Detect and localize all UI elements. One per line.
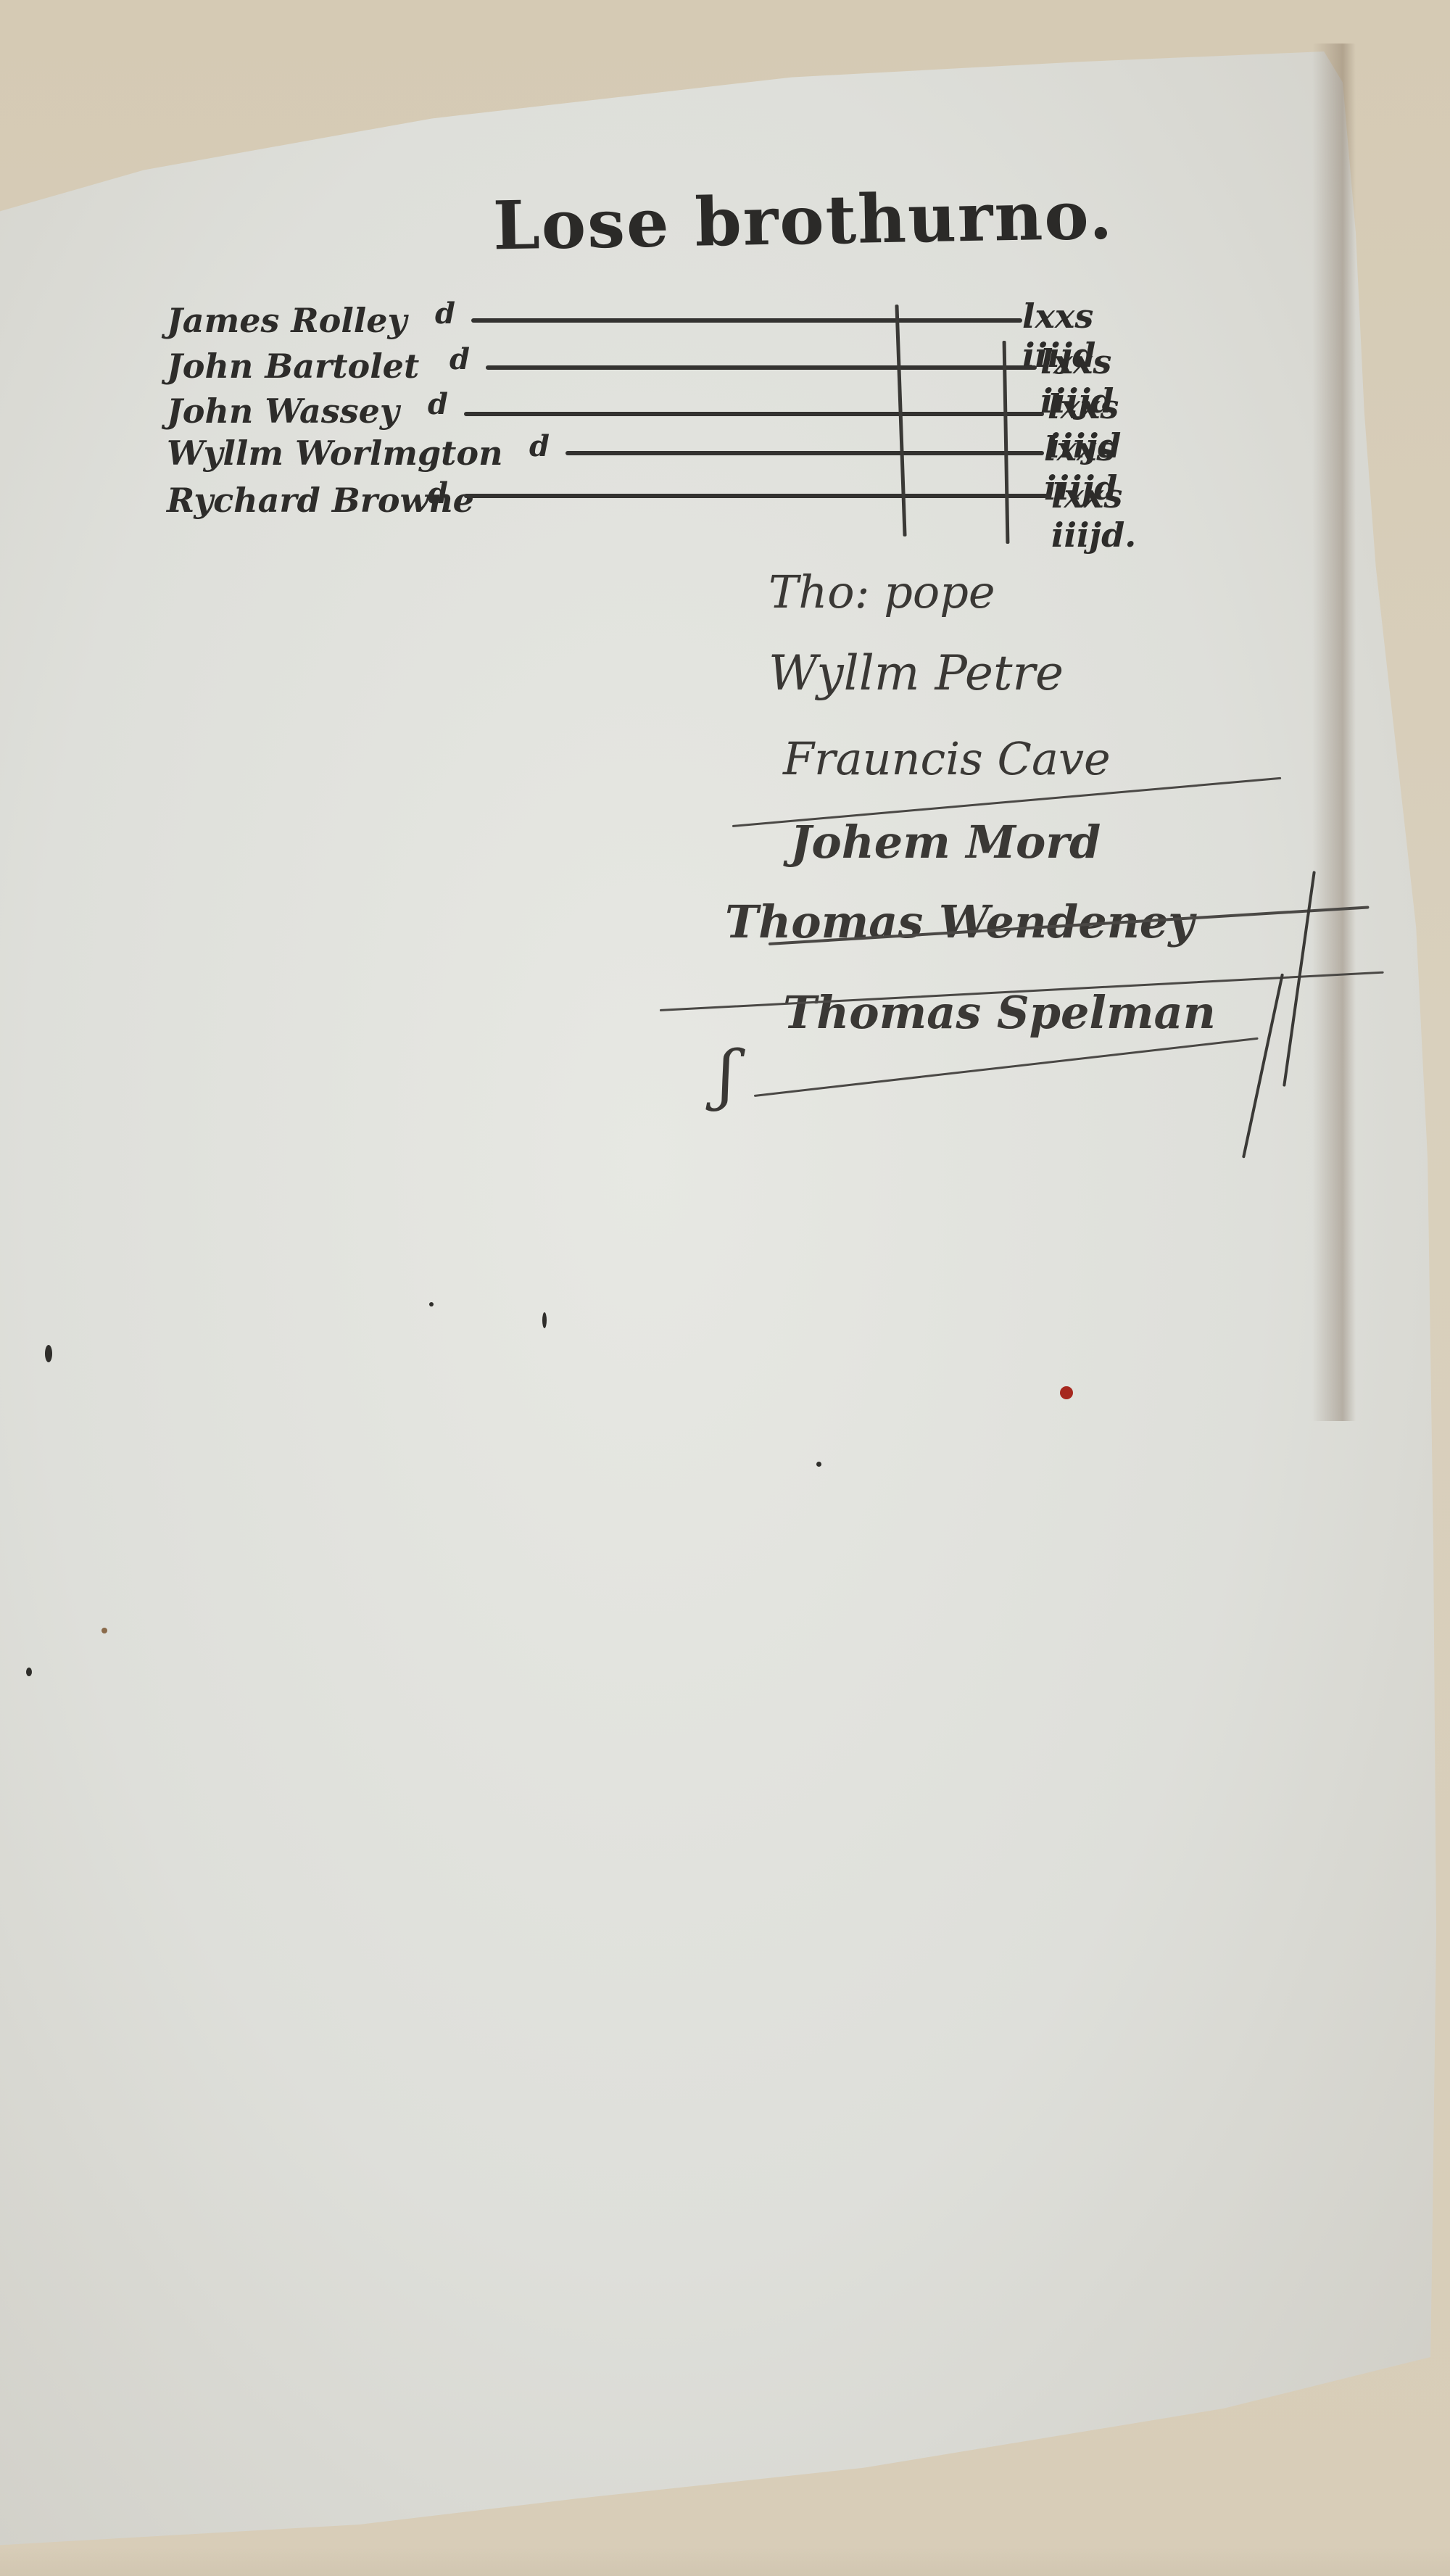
signature: Tho: pope — [768, 566, 995, 618]
entry-rule — [565, 451, 1044, 455]
entry-name: John Bartolet — [167, 347, 419, 386]
backing-bottom — [0, 2547, 1450, 2576]
entry-mark: d — [428, 387, 448, 421]
margin-mark: ʃ — [718, 1037, 735, 1113]
signature: Johem Mord — [790, 816, 1101, 869]
list-item: Wyllm Worlmgton d lxxs iiijd — [167, 434, 1109, 477]
entry-amount: lxxs iiijd. — [1051, 476, 1136, 555]
entry-mark: d — [449, 342, 470, 376]
signature: Wyllm Petre — [768, 645, 1064, 701]
entry-mark: d — [529, 429, 550, 463]
entry-mark: d — [428, 476, 448, 510]
entry-mark: d — [435, 297, 455, 331]
entry-rule — [471, 318, 1022, 323]
signature: Frauncis Cave — [783, 732, 1111, 785]
ink-speck — [26, 1668, 32, 1676]
entry-name: John Wassey — [167, 392, 399, 431]
leaf-edge-stain — [1312, 44, 1356, 1421]
list-item: John Bartolet d lxxs iiijd — [167, 347, 1109, 390]
entry-name: James Rolley — [167, 301, 407, 340]
ink-speck — [816, 1462, 821, 1467]
list-item: John Wassey d lxxs iiijd — [167, 392, 1109, 435]
signature: Thomas Spelman — [783, 986, 1216, 1039]
entry-name: Wyllm Worlmgton — [167, 434, 503, 473]
ink-speck — [101, 1628, 107, 1633]
list-item: Rychard Browne d lxxs iiijd. — [167, 481, 1109, 524]
list-item: James Rolley d lxxs iiijd — [167, 301, 1109, 344]
ink-speck — [542, 1312, 547, 1328]
entry-rule — [486, 365, 1037, 370]
ink-speck — [45, 1345, 52, 1362]
entry-rule — [464, 494, 1051, 498]
entry-rule — [464, 412, 1044, 416]
ink-speck — [429, 1302, 434, 1306]
red-ink-spot — [1060, 1386, 1073, 1399]
page-heading: Lose brothurno. — [492, 176, 1114, 265]
